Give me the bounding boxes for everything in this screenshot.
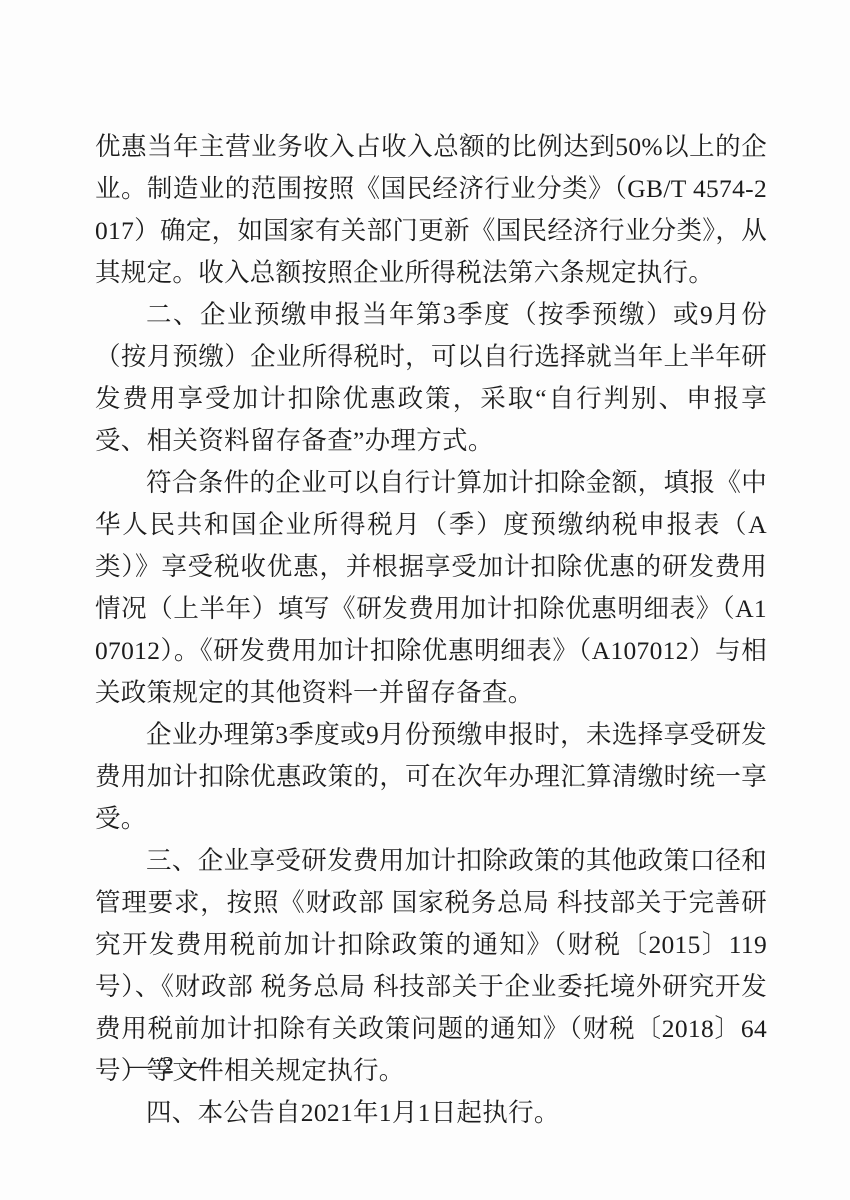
- paragraph-section-4-effective-date: 四、本公告自2021年1月1日起执行。: [95, 1092, 767, 1134]
- paragraph-continuation: 优惠当年主营业务收入占收入总额的比例达到50%以上的企业。制造业的范围按照《国民…: [95, 126, 767, 294]
- page-number: — 2 —: [128, 1048, 210, 1084]
- paragraph-deferred-enjoyment: 企业办理第3季度或9月份预缴申报时，未选择享受研发费用加计扣除优惠政策的，可在次…: [95, 714, 767, 840]
- paragraph-filing-details: 符合条件的企业可以自行计算加计扣除金额，填报《中华人民共和国企业所得税月（季）度…: [95, 462, 767, 714]
- paragraph-section-2: 二、企业预缴申报当年第3季度（按季预缴）或9月份（按月预缴）企业所得税时，可以自…: [95, 294, 767, 462]
- document-body: 优惠当年主营业务收入占收入总额的比例达到50%以上的企业。制造业的范围按照《国民…: [95, 126, 767, 1134]
- document-page: 优惠当年主营业务收入占收入总额的比例达到50%以上的企业。制造业的范围按照《国民…: [0, 0, 850, 1200]
